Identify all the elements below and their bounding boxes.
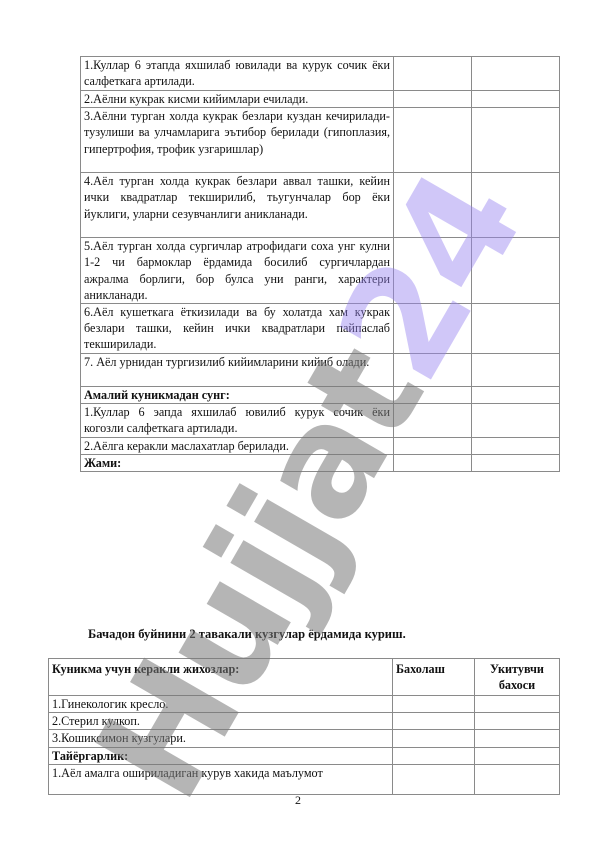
table-row: 1.Аёл амалга ошириладиган курув хакида м…	[49, 764, 560, 794]
section-label: Тайёргарлик:	[49, 747, 393, 764]
step-text: 3.Кошиксимон кузгулари.	[49, 730, 393, 747]
step-text: 2.Аёлни кукрак кисми кийимлари ечилади.	[81, 91, 394, 108]
table-row: 2.Аёлни кукрак кисми кийимлари ечилади.	[81, 91, 560, 108]
grade-cell[interactable]	[393, 747, 475, 764]
grade-cell[interactable]	[394, 354, 472, 387]
table-row: 3.Аёлни турган холда кукрак безлари кузд…	[81, 108, 560, 173]
teacher-grade-cell[interactable]	[475, 713, 560, 730]
table-row: 3.Кошиксимон кузгулари.	[49, 730, 560, 747]
grade-cell[interactable]	[394, 404, 472, 437]
teacher-grade-cell[interactable]	[475, 730, 560, 747]
grade-cell[interactable]	[394, 91, 472, 108]
grade-cell[interactable]	[393, 696, 475, 713]
checklist-table-1: 1.Куллар 6 этапда яхшилаб ювилади ва кур…	[80, 56, 560, 472]
grade-cell[interactable]	[394, 238, 472, 304]
step-text: 1.Аёл амалга ошириладиган курув хакида м…	[49, 764, 393, 794]
table-row: Тайёргарлик:	[49, 747, 560, 764]
teacher-grade-cell[interactable]	[472, 173, 560, 238]
table-row: 6.Аёл кушеткага ёткизилади ва бу холатда…	[81, 304, 560, 354]
table-row: 1.Куллар 6 этапда яхшилаб ювилади ва кур…	[81, 57, 560, 91]
table-row: 1.Гинекологик кресло.	[49, 696, 560, 713]
teacher-grade-cell[interactable]	[475, 747, 560, 764]
teacher-grade-cell[interactable]	[472, 437, 560, 454]
grade-cell[interactable]	[393, 713, 475, 730]
step-text: 2.Стерил кулкоп.	[49, 713, 393, 730]
step-text: 5.Аёл турган холда сургичлар атрофидаги …	[81, 238, 394, 304]
teacher-grade-cell[interactable]	[475, 764, 560, 794]
section-label: Жами:	[81, 454, 394, 471]
step-text: 1.Куллар 6 этапда яхшилаб ювилади ва кур…	[81, 57, 394, 91]
header-grading: Бахолаш	[393, 659, 475, 696]
grade-cell[interactable]	[394, 108, 472, 173]
table-row: 5.Аёл турган холда сургичлар атрофидаги …	[81, 238, 560, 304]
teacher-grade-cell[interactable]	[472, 354, 560, 387]
table-row: 1.Куллар 6 эапда яхшилаб ювилиб курук со…	[81, 404, 560, 437]
teacher-grade-cell[interactable]	[472, 238, 560, 304]
table-header-row: Куникма учун керакли жихозлар: Бахолаш У…	[49, 659, 560, 696]
section-label: Амалий куникмадан сунг:	[81, 387, 394, 404]
step-text: 1.Куллар 6 эапда яхшилаб ювилиб курук со…	[81, 404, 394, 437]
grade-cell[interactable]	[394, 454, 472, 471]
grade-cell[interactable]	[393, 764, 475, 794]
table-row: Жами:	[81, 454, 560, 471]
table-row: 2.Стерил кулкоп.	[49, 713, 560, 730]
step-text: 2.Аёлга керакли маслахатлар берилади.	[81, 437, 394, 454]
grade-cell[interactable]	[394, 437, 472, 454]
grade-cell[interactable]	[394, 304, 472, 354]
table-row: 7. Аёл урнидан тургизилиб кийимларини ки…	[81, 354, 560, 387]
table-row: 4.Аёл турган холда кукрак безлари аввал …	[81, 173, 560, 238]
teacher-grade-cell[interactable]	[475, 696, 560, 713]
checklist-table-2: Куникма учун керакли жихозлар: Бахолаш У…	[48, 658, 560, 795]
grade-cell[interactable]	[394, 173, 472, 238]
header-equipment: Куникма учун керакли жихозлар:	[49, 659, 393, 696]
teacher-grade-cell[interactable]	[472, 454, 560, 471]
page-number: 2	[0, 793, 596, 808]
table-row: 2.Аёлга керакли маслахатлар берилади.	[81, 437, 560, 454]
teacher-grade-cell[interactable]	[472, 108, 560, 173]
section-title: Бачадон буйнини 2 тавакали кузгулар ёрда…	[88, 627, 406, 642]
teacher-grade-cell[interactable]	[472, 57, 560, 91]
step-text: 1.Гинекологик кресло.	[49, 696, 393, 713]
step-text: 3.Аёлни турган холда кукрак безлари кузд…	[81, 108, 394, 173]
grade-cell[interactable]	[394, 57, 472, 91]
grade-cell[interactable]	[394, 387, 472, 404]
step-text: 6.Аёл кушеткага ёткизилади ва бу холатда…	[81, 304, 394, 354]
header-teacher-grade: Укитувчи бахоси	[475, 659, 560, 696]
teacher-grade-cell[interactable]	[472, 91, 560, 108]
grade-cell[interactable]	[393, 730, 475, 747]
teacher-grade-cell[interactable]	[472, 304, 560, 354]
step-text: 4.Аёл турган холда кукрак безлари аввал …	[81, 173, 394, 238]
teacher-grade-cell[interactable]	[472, 404, 560, 437]
step-text: 7. Аёл урнидан тургизилиб кийимларини ки…	[81, 354, 394, 387]
table-row: Амалий куникмадан сунг:	[81, 387, 560, 404]
teacher-grade-cell[interactable]	[472, 387, 560, 404]
